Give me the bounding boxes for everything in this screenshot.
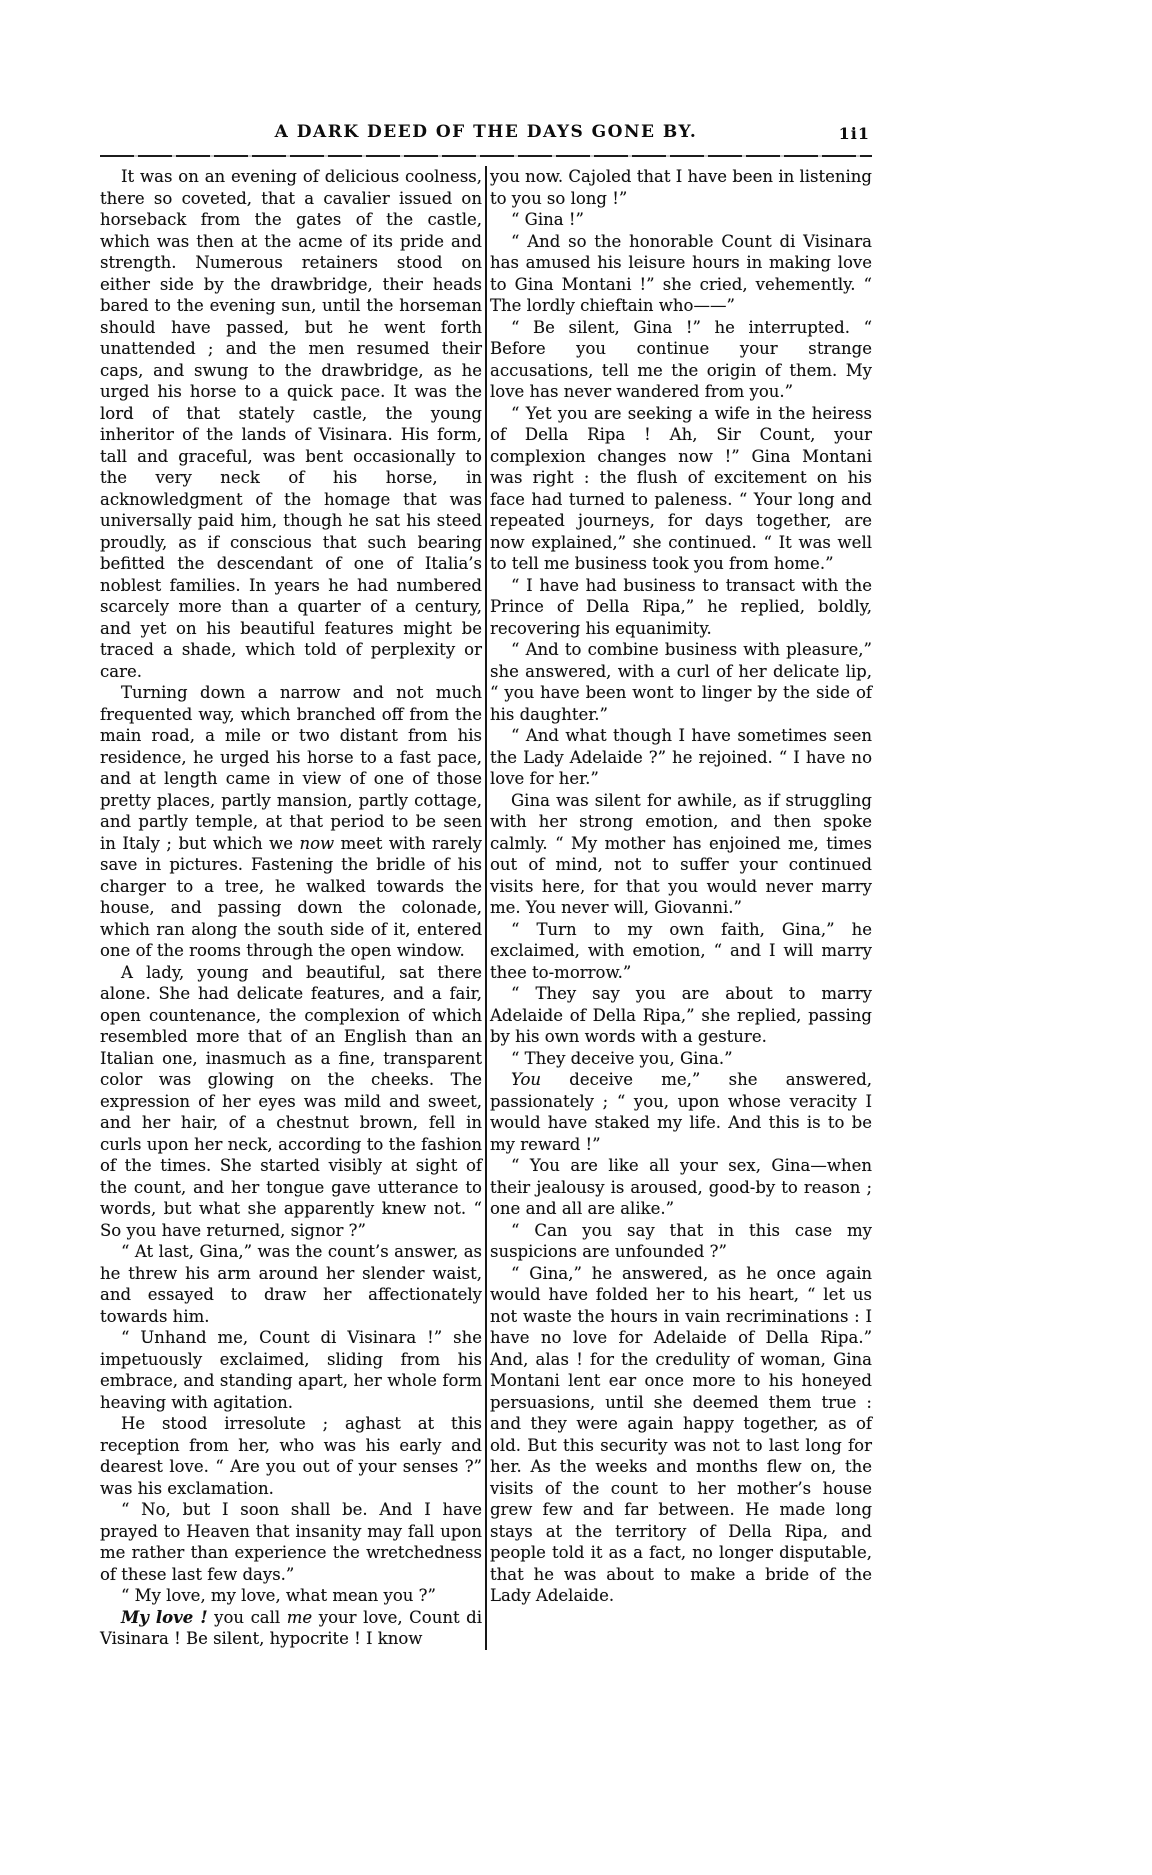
- paragraph: It was on an evening of delicious coolne…: [100, 166, 482, 682]
- left-column: It was on an evening of delicious coolne…: [100, 166, 483, 1650]
- paragraph: Gina was silent for awhile, as if strugg…: [490, 790, 872, 919]
- scanned-book-page: A DARK DEED OF THE DAYS GONE BY. 1i1 It …: [0, 0, 1152, 1875]
- paragraph: “ Turn to my own faith, Gina,” he exclai…: [490, 919, 872, 984]
- paragraph: A lady, young and beautiful, sat there a…: [100, 962, 482, 1242]
- paragraph: You deceive me,” she answered, passionat…: [490, 1069, 872, 1155]
- text-columns: It was on an evening of delicious coolne…: [100, 166, 872, 1650]
- header-rule: [100, 155, 872, 157]
- paragraph: “ And to combine business with pleasure,…: [490, 639, 872, 725]
- paragraph: He stood irresolute ; aghast at this rec…: [100, 1413, 482, 1499]
- page-number: 1i1: [839, 124, 870, 143]
- paragraph: “ At last, Gina,” was the count’s answer…: [100, 1241, 482, 1327]
- paragraph: “ And what though I have sometimes seen …: [490, 725, 872, 790]
- column-divider: [485, 166, 487, 1650]
- right-column: you now. Cajoled that I have been in lis…: [489, 166, 872, 1650]
- paragraph: “ No, but I soon shall be. And I have pr…: [100, 1499, 482, 1585]
- paragraph: “ Be silent, Gina !” he interrupted. “ B…: [490, 317, 872, 403]
- page-header: A DARK DEED OF THE DAYS GONE BY. 1i1: [100, 122, 872, 149]
- paragraph: “ They say you are about to marry Adelai…: [490, 983, 872, 1048]
- paragraph: “ They deceive you, Gina.”: [490, 1048, 872, 1070]
- paragraph: “ And so the honorable Count di Visinara…: [490, 231, 872, 317]
- page-block: A DARK DEED OF THE DAYS GONE BY. 1i1 It …: [100, 122, 872, 1650]
- paragraph: “ You are like all your sex, Gina—when t…: [490, 1155, 872, 1220]
- running-title: A DARK DEED OF THE DAYS GONE BY.: [100, 122, 872, 142]
- paragraph: “ Unhand me, Count di Visinara !” she im…: [100, 1327, 482, 1413]
- paragraph: you now. Cajoled that I have been in lis…: [490, 166, 872, 209]
- paragraph: “ I have had business to transact with t…: [490, 575, 872, 640]
- paragraph: “ Gina !”: [490, 209, 872, 231]
- paragraph: “ Yet you are seeking a wife in the heir…: [490, 403, 872, 575]
- paragraph: My love ! you call me your love, Count d…: [100, 1607, 482, 1650]
- paragraph: “ My love, my love, what mean you ?”: [100, 1585, 482, 1607]
- paragraph: “ Gina,” he answered, as he once again w…: [490, 1263, 872, 1607]
- paragraph: “ Can you say that in this case my suspi…: [490, 1220, 872, 1263]
- paragraph: Turning down a narrow and not much frequ…: [100, 682, 482, 962]
